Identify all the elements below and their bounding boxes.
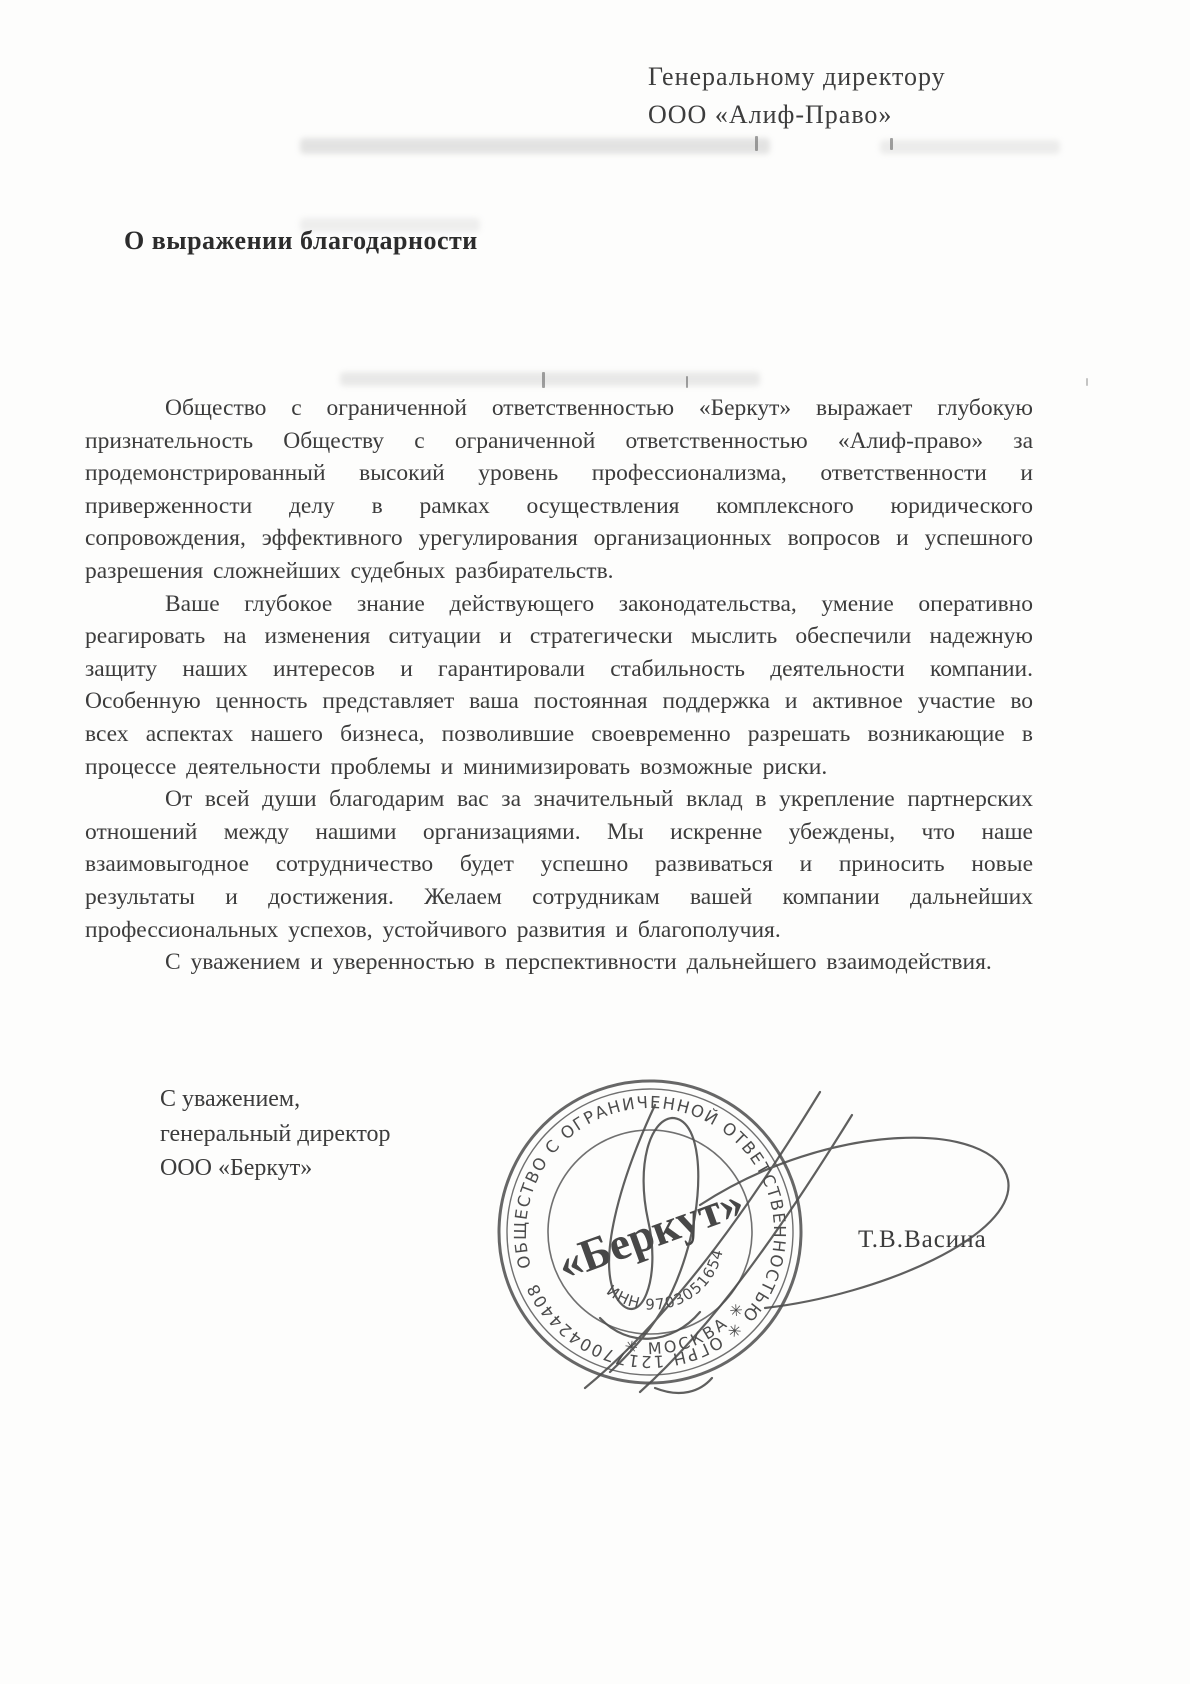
- body-paragraph: Общество с ограниченной ответственностью…: [85, 392, 1033, 588]
- signoff-line-2: генеральный директор: [160, 1117, 391, 1152]
- scan-artifact: [880, 140, 1060, 154]
- letter-page: Генеральному директору ООО «Алиф-Право» …: [0, 0, 1190, 1684]
- scan-artifact: [542, 372, 545, 388]
- body-paragraph: От всей души благодарим вас за значитель…: [85, 783, 1033, 946]
- scan-artifact: [1086, 378, 1088, 386]
- scan-artifact: [340, 372, 760, 386]
- scan-artifact: [890, 138, 893, 150]
- company-seal: ОБЩЕСТВО С ОГРАНИЧЕННОЙ ОТВЕТСТВЕННОСТЬЮ…: [440, 1040, 1060, 1460]
- scan-artifact: [300, 138, 770, 154]
- recipient-line-1: Генеральному директору: [648, 58, 946, 96]
- scan-artifact: [755, 136, 758, 151]
- letter-body: Общество с ограниченной ответственностью…: [85, 392, 1033, 979]
- body-paragraph: Ваше глубокое знание действующего законо…: [85, 588, 1033, 784]
- scan-artifact: [686, 376, 688, 388]
- recipient-line-2: ООО «Алиф-Право»: [648, 96, 946, 134]
- subject-title: О выражении благодарности: [124, 226, 478, 256]
- recipient-block: Генеральному директору ООО «Алиф-Право»: [648, 58, 946, 134]
- signoff-line-3: ООО «Беркут»: [160, 1151, 391, 1186]
- body-paragraph: С уважением и уверенностью в перспективн…: [85, 946, 1033, 979]
- signoff-block: С уважением, генеральный директор ООО «Б…: [160, 1082, 391, 1186]
- signoff-line-1: С уважением,: [160, 1082, 391, 1117]
